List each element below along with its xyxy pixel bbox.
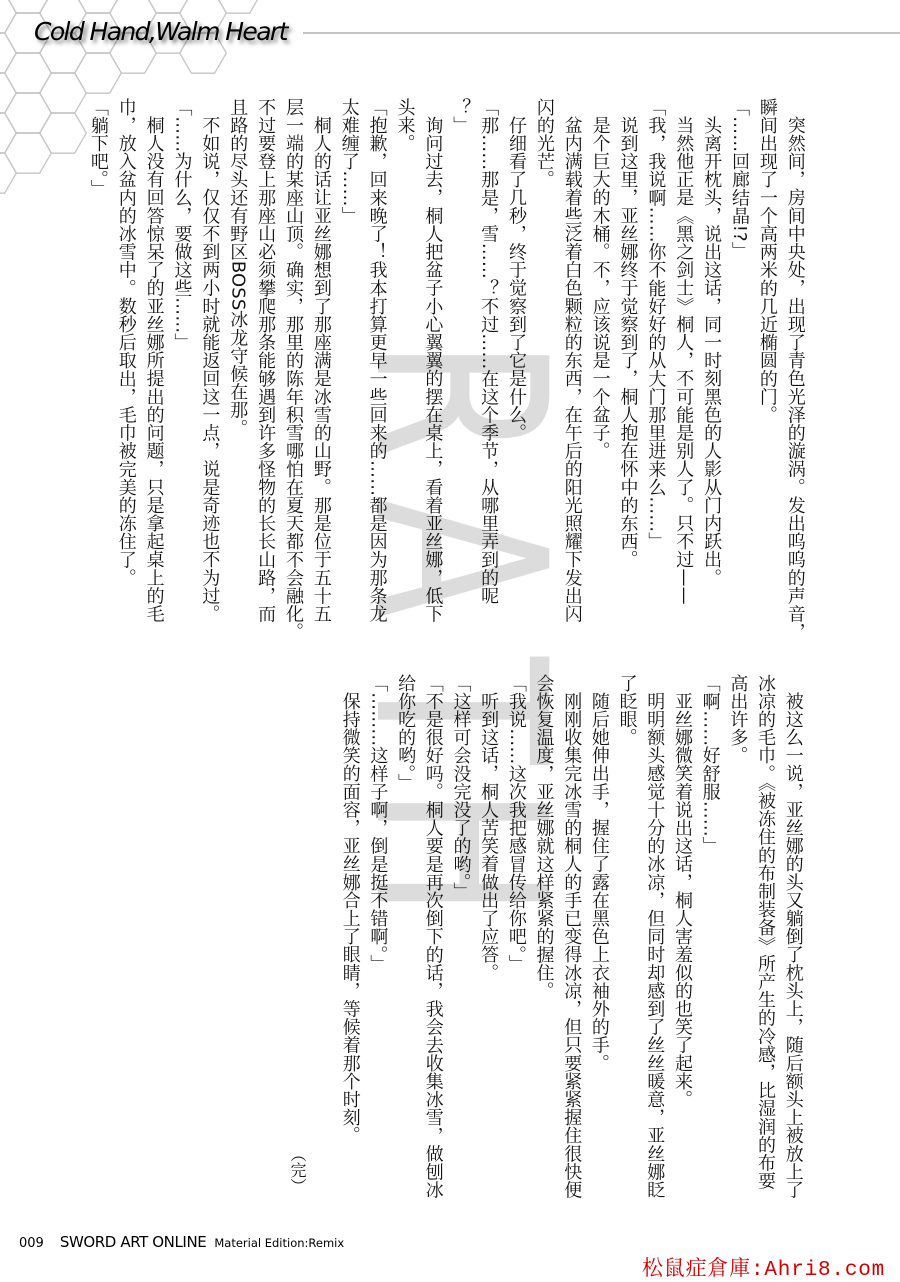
text-column: 「我，我说啊……你不能好好的从大门那里进来么……」 (642, 98, 670, 678)
text-column: 当然他正是《黑之剑士》桐人，不可能是别人了。只不过—— (669, 98, 697, 678)
text-column: 说到这里，亚丝娜终于觉察到了，桐人抱在怀中的东西。 (614, 98, 642, 678)
text-column: 「那……那是，雪……？不过……在这个季节，从哪里弄到的呢 (474, 98, 502, 678)
running-title: Cold Hand,Walm Heart (34, 19, 287, 44)
text-column: 不如说，仅仅不到两小时就能返回这一点，说是奇迹也不为过。 (196, 98, 224, 678)
text-column: 「躺下吧。」 (84, 98, 112, 678)
text-column: 桐人的话让亚丝娜想到了那座满是冰雪的山野。那是位于五十五 (307, 98, 335, 678)
text-column: 随后她伸出手，握住了露在黑色上衣袖外的手。 (585, 674, 613, 1234)
text-column: 层一端的某座山顶。确实，那里的陈年积雪哪怕在夏天都不会融化。 (279, 98, 307, 678)
text-column: 询问过去，桐人把盆子小心翼翼的摆在桌上，看着亚丝娜，低下 (419, 98, 447, 678)
end-mark: （完） (288, 1146, 306, 1194)
text-column: 巾，放入盆内的冰雪中。数秒后取出，毛巾被完美的冻住了。 (112, 98, 140, 678)
text-column: 瞬间出现了一个高两米的几近椭圆的门。 (753, 98, 781, 678)
series-title: SWORD ART ONLINE (60, 1233, 207, 1251)
text-column: 不过要登上那座山必须攀爬那条能够遇到许多怪物的长长山路，而 (251, 98, 279, 678)
text-column: 听到这话，桐人苦笑着做出了应答。 (474, 674, 502, 1234)
text-column: 突然间，房间中央处，出现了青色光泽的漩涡。发出呜呜的声音， (781, 98, 809, 678)
text-column: 是个巨大的木桶。不，应该说是一个盆子。 (586, 98, 614, 678)
text-column: 冰凉的毛巾。《被冻住的布制装备》所产生的冷感，比湿润的布要 (751, 674, 779, 1234)
edition-subtitle: Material Edition:Remix (214, 1236, 344, 1250)
text-column: 刚刚收集完冰雪的桐人的手已变得冰凉，但只要紧紧握住很快便 (558, 674, 586, 1234)
page-footer: 009 SWORD ART ONLINE Material Edition:Re… (19, 1233, 344, 1251)
text-column: 了眨眼。 (613, 674, 641, 1234)
text-column: 「啊……好舒服……」 (696, 674, 724, 1234)
title-divider (303, 32, 900, 34)
text-column: 盆内满载着些泛着白色颗粒的东西，在午后的阳光照耀下发出闪 (558, 98, 586, 678)
text-column: 会恢复温度，亚丝娜就这样紧紧的握住。 (530, 674, 558, 1234)
text-column: 亚丝娜微笑着说出这话，桐人害羞似的也笑了起来。 (668, 674, 696, 1234)
text-column: 给你吃的哟。」 (391, 674, 419, 1234)
text-column: 「不是很好吗。桐人要是再次倒下的话，我会去收集冰雪，做刨冰 (419, 674, 447, 1234)
text-column: 「抱歉，回来晚了！我本打算更早一些回来的……都是因为那条龙 (363, 98, 391, 678)
text-column: 「………这样子啊，倒是挺不错啊。」 (364, 674, 392, 1234)
text-column: 且路的尽头还有野区BOSS冰龙守候在那。 (223, 98, 251, 678)
text-column: 仔细看了几秒，终于觉察到了它是什么。 (502, 98, 530, 678)
text-column: 桐人没有回答惊呆了的亚丝娜所提出的问题，只是拿起桌上的毛 (140, 98, 168, 678)
source-watermark: 松鼠症倉庫:Ahri8.com (642, 1252, 885, 1282)
text-column: 高出许多。 (724, 674, 752, 1234)
lower-text-block: 被这么一说，亚丝娜的头又躺倒了枕头上，随后额头上被放上了 冰凉的毛巾。《被冻住的… (336, 674, 807, 1234)
text-column: 「……为什么，要做这些……」 (168, 98, 196, 678)
text-column: 头来。 (391, 98, 419, 678)
text-column: 太难缠了……」 (335, 98, 363, 678)
text-column: 闪的光芒。 (530, 98, 558, 678)
page-number: 009 (19, 1236, 44, 1251)
text-column: ？」 (446, 98, 474, 678)
text-column: 明明额头感觉十分的冰凉，但同时却感到了丝丝暖意，亚丝娜眨 (641, 674, 669, 1234)
upper-text-block: 突然间，房间中央处，出现了青色光泽的漩涡。发出呜呜的声音， 瞬间出现了一个高两米… (84, 98, 809, 678)
text-column: 「我说……这次我把感冒传给你吧。」 (502, 674, 530, 1234)
text-column: 保持微笑的面容，亚丝娜合上了眼睛，等候着那个时刻。 (336, 674, 364, 1234)
text-column: 「这样可会没完没了的哟。」 (447, 674, 475, 1234)
text-column: 被这么一说，亚丝娜的头又躺倒了枕头上，随后额头上被放上了 (779, 674, 807, 1234)
text-column: 头离开枕头，说出这话，同一时刻黑色的人影从门内跃出。 (697, 98, 725, 678)
text-column: 「……回廊结晶!?」 (725, 98, 753, 678)
